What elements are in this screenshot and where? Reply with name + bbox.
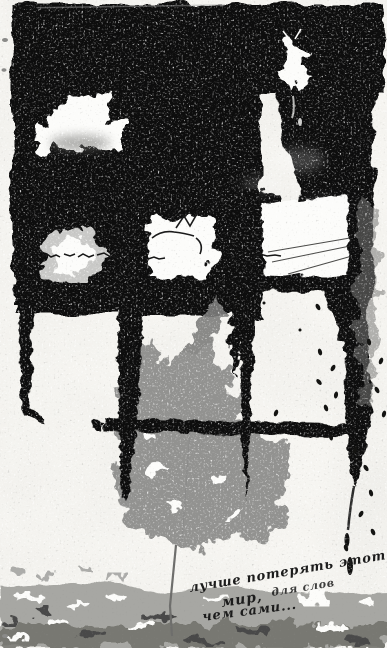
speck [263, 302, 266, 305]
margin-tick [2, 38, 8, 42]
margin-tick [2, 68, 7, 72]
illustration-canvas: лучше потерять этот мир, для слов чем са… [0, 0, 387, 648]
speck [299, 329, 302, 332]
paper-dust-texture [0, 0, 387, 648]
margin-tick [2, 634, 8, 638]
book-illustration-page: лучше потерять этот мир, для слов чем са… [0, 0, 387, 648]
speck [308, 434, 311, 437]
